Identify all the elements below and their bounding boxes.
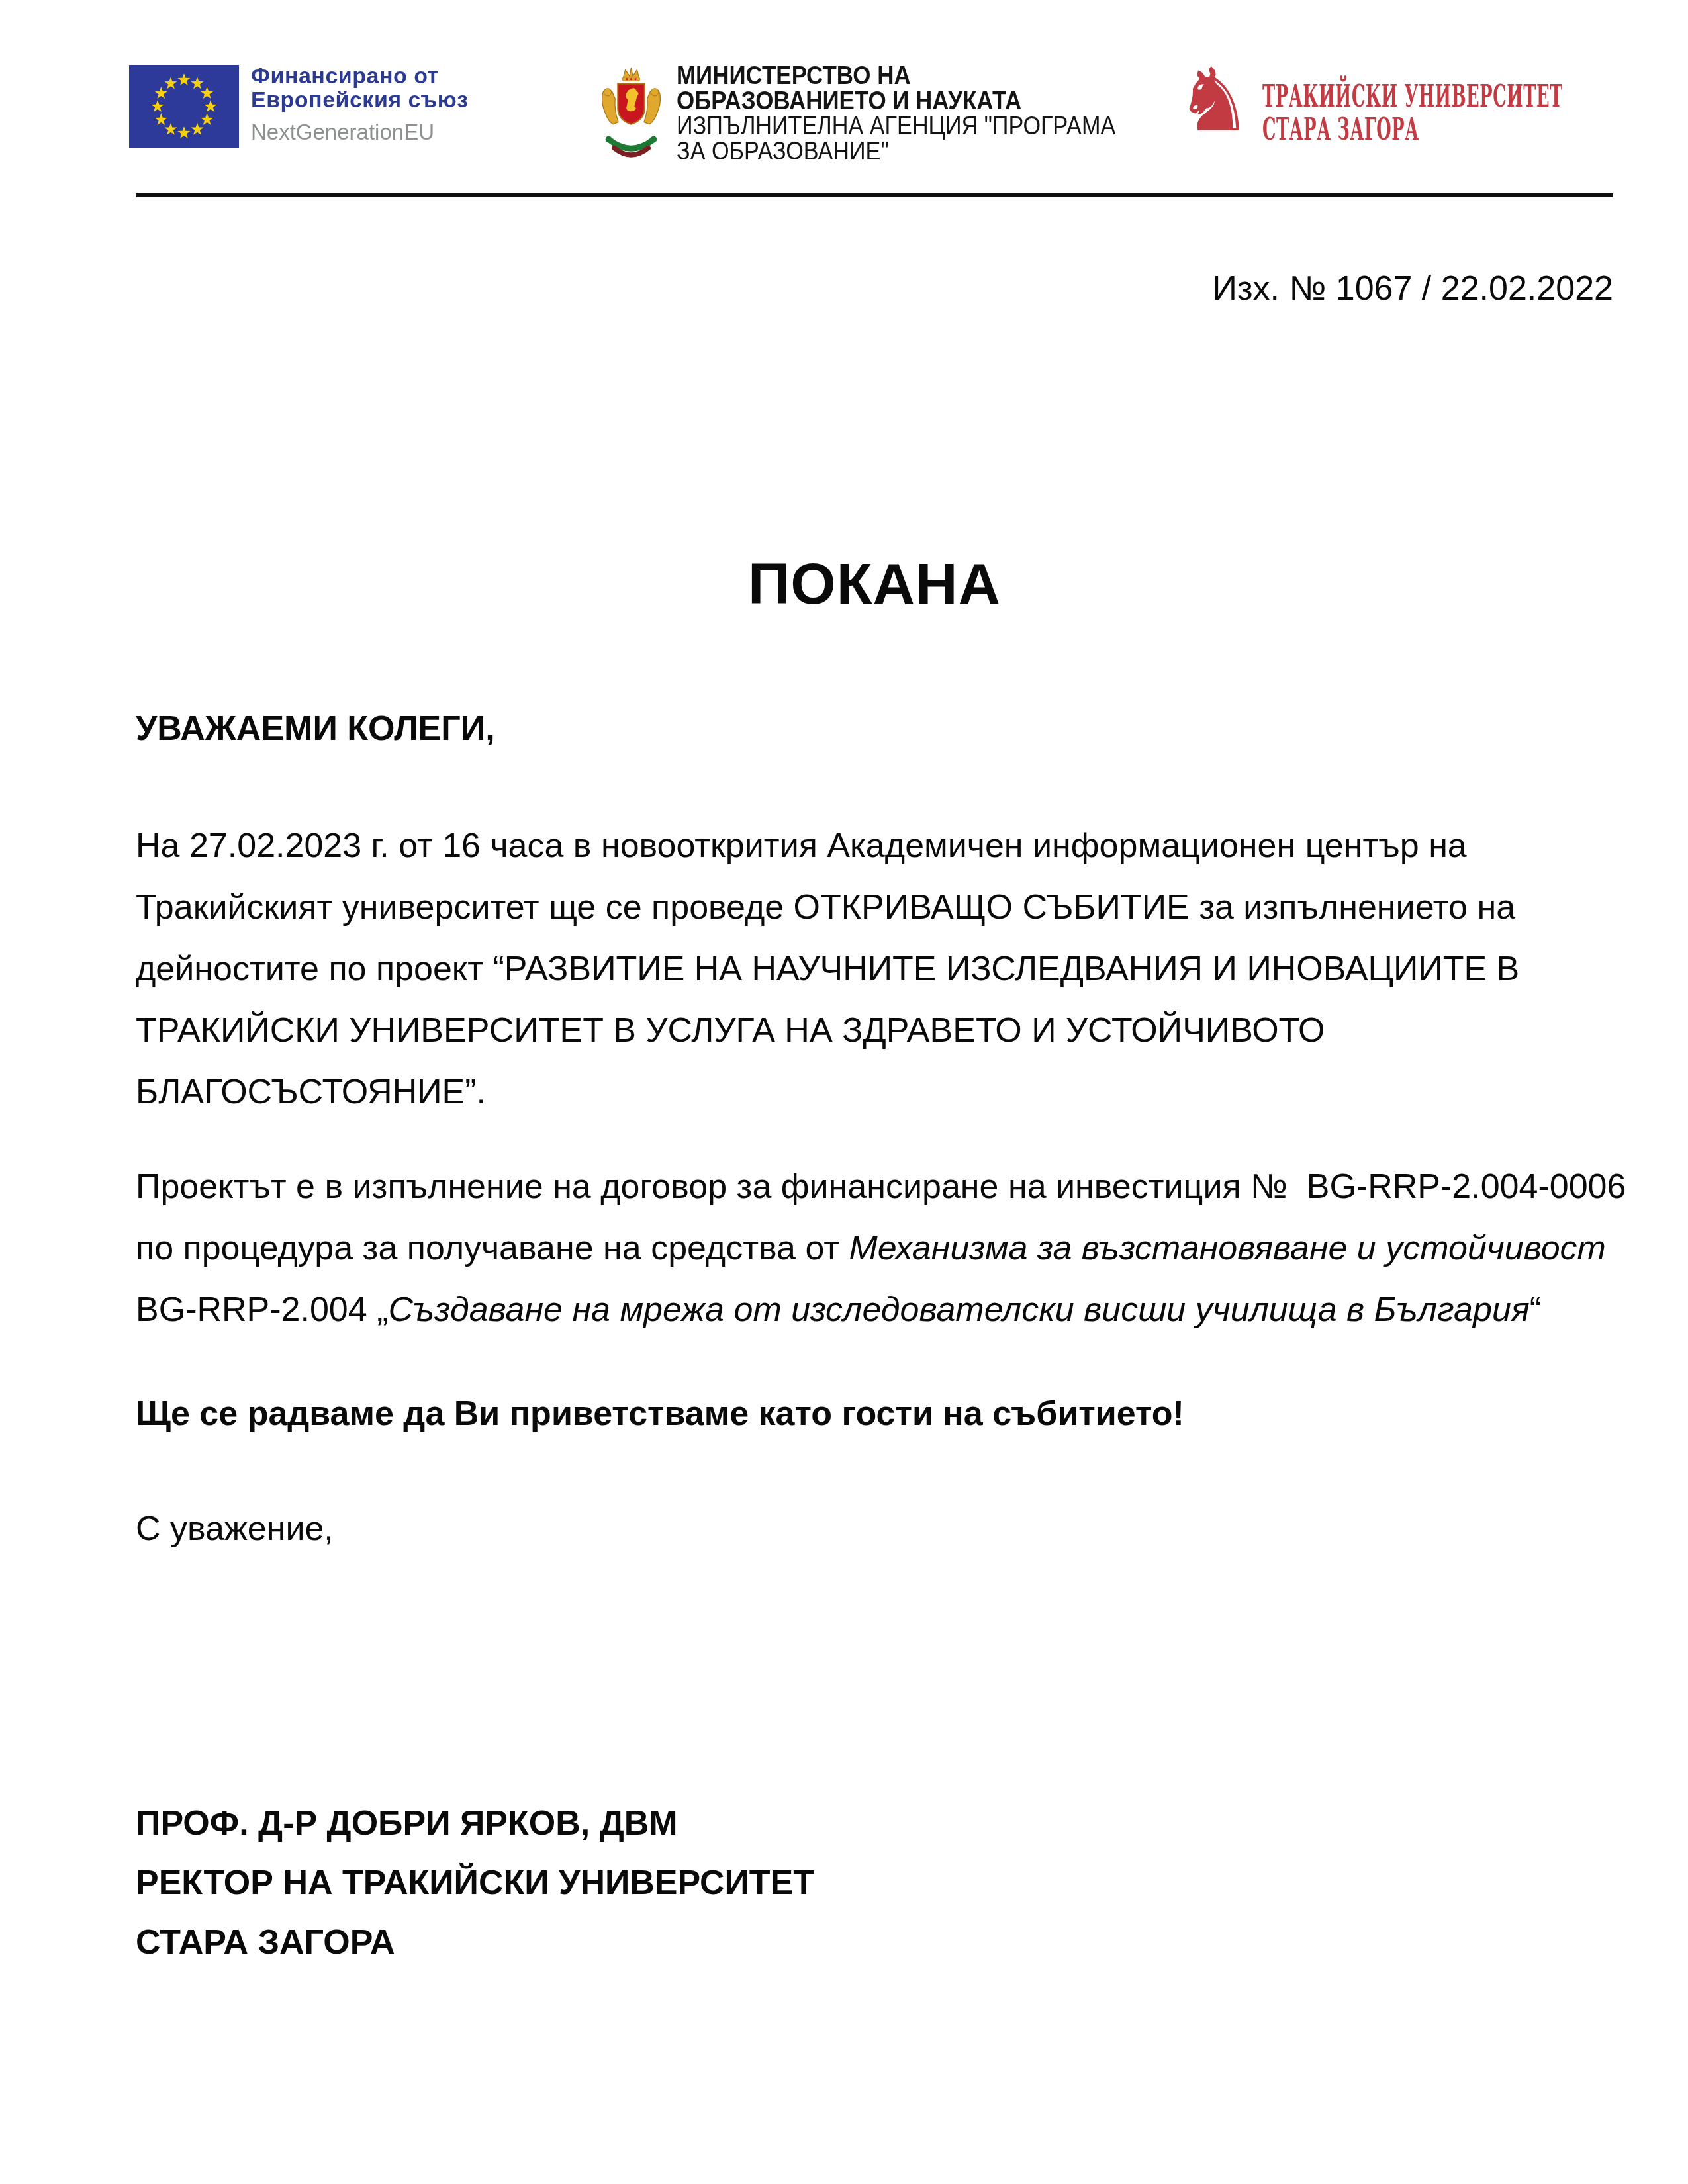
eu-funding-text: Финансирано от Европейския съюз NextGene… [251, 64, 469, 144]
agency-name-line2: ЗА ОБРАЗОВАНИЕ" [677, 139, 1115, 164]
university-city: СТАРА ЗАГОРА [1262, 113, 1563, 146]
paragraph-event-announcement: На 27.02.2023 г. от 16 часа в новооткрит… [136, 815, 1613, 1123]
signature-block: ПРОФ. Д-Р ДОБРИ ЯРКОВ, ДВМ РЕКТОР НА ТРА… [136, 1794, 1613, 1972]
paragraph-line: БЛАГОСЪСТОЯНИЕ”. [136, 1062, 1613, 1123]
university-name: ТРАКИЙСКИ УНИВЕРСИТЕТ [1262, 79, 1563, 113]
horseman-icon: ♞ [1175, 54, 1253, 147]
eu-funding-line2: Европейския съюз [251, 88, 469, 112]
signatory-city: СТАРА ЗАГОРА [136, 1913, 1613, 1972]
closing-salutation: С уважение, [136, 1498, 1613, 1560]
ministry-name-line1: МИНИСТЕРСТВО НА [677, 64, 1125, 89]
bulgaria-coat-of-arms-icon [599, 63, 663, 165]
text-segment-italic: Създаване на мрежа от изследователски ви… [388, 1291, 1529, 1329]
text-segment: по процедура за получаване на средства о… [136, 1229, 849, 1267]
university-text: ТРАКИЙСКИ УНИВЕРСИТЕТ СТАРА ЗАГОРА [1262, 79, 1688, 146]
invitation-letter-page: { "header": { "eu": { "funding_line1": "… [0, 0, 1688, 2184]
paragraph-project-funding: Проектът е в изпълнение на договор за фи… [136, 1156, 1613, 1341]
header-divider-line [136, 193, 1613, 197]
eu-funding-line1: Финансирано от [251, 64, 469, 88]
paragraph-line: Тракийският университет ще се проведе ОТ… [136, 877, 1613, 938]
signatory-name: ПРОФ. Д-Р ДОБРИ ЯРКОВ, ДВМ [136, 1794, 1613, 1853]
reference-number: Изх. № 1067 / 22.02.2022 [136, 258, 1613, 320]
ministry-text: МИНИСТЕРСТВО НА ОБРАЗОВАНИЕТО И НАУКАТА … [677, 64, 1164, 164]
eu-flag-icon [129, 65, 239, 148]
paragraph-line: ТРАКИЙСКИ УНИВЕРСИТЕТ В УСЛУГА НА ЗДРАВЕ… [136, 1000, 1613, 1062]
paragraph-line: BG-RRP-2.004 „Създаване на мрежа от изсл… [136, 1279, 1613, 1341]
eu-program-name: NextGenerationEU [251, 121, 469, 144]
text-segment: BG-RRP-2.004 „ [136, 1291, 388, 1329]
university-logo: ♞ ТРАКИЙСКИ УНИВЕРСИТЕТ СТАРА ЗАГОРА [1175, 58, 1688, 147]
ministry-name-line2: ОБРАЗОВАНИЕТО И НАУКАТА [677, 89, 1125, 114]
signatory-title: РЕКТОР НА ТРАКИЙСКИ УНИВЕРСИТЕТ [136, 1853, 1613, 1913]
greeting: УВАЖАЕМИ КОЛЕГИ, [136, 698, 1613, 760]
paragraph-line: Проектът е в изпълнение на договор за фи… [136, 1156, 1613, 1218]
text-segment-italic: Механизма за възстановяване и устойчивос… [849, 1229, 1605, 1267]
paragraph-line: На 27.02.2023 г. от 16 часа в новооткрит… [136, 815, 1613, 877]
paragraph-line: по процедура за получаване на средства о… [136, 1218, 1613, 1279]
letter-title: ПОКАНА [136, 551, 1613, 615]
agency-name-line1: ИЗПЪЛНИТЕЛНА АГЕНЦИЯ "ПРОГРАМА [677, 114, 1115, 139]
paragraph-line: дейностите по проект “РАЗВИТИЕ НА НАУЧНИ… [136, 938, 1613, 1000]
eu-funding-logo: Финансирано от Европейския съюз NextGene… [129, 63, 469, 148]
ministry-logo: МИНИСТЕРСТВО НА ОБРАЗОВАНИЕТО И НАУКАТА … [599, 63, 1164, 165]
text-segment: “ [1530, 1291, 1541, 1329]
invitation-sentence: Ще се радваме да Ви приветстваме като го… [136, 1383, 1613, 1445]
